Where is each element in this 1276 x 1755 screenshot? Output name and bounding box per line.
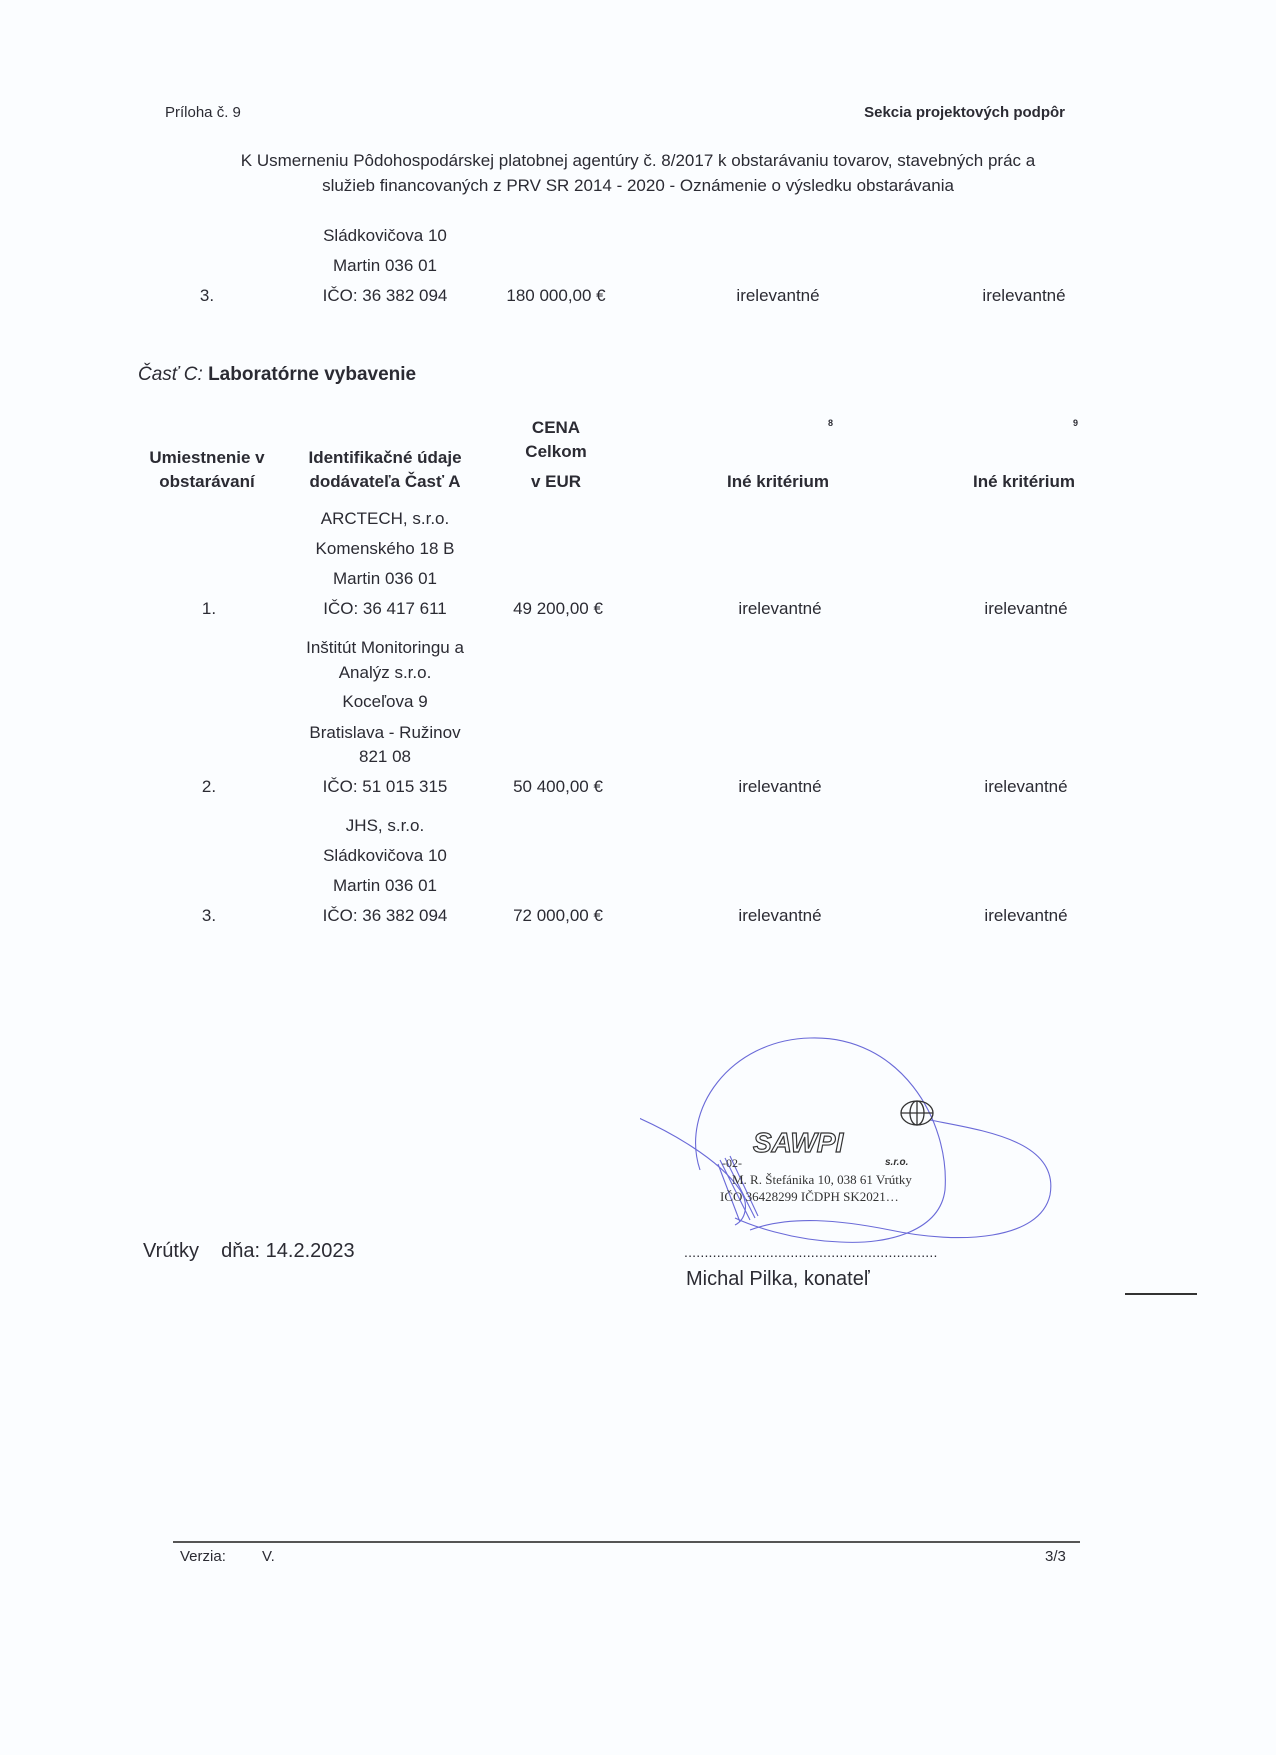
signer-name: Michal Pilka, konateľ <box>686 1268 870 1291</box>
rank: 1. <box>202 599 216 619</box>
stamp-address: M. R. Štefánika 10, 038 61 Vrútky <box>732 1172 912 1187</box>
header-placement: Umiestnenie v obstarávaní <box>149 446 264 494</box>
title-line-2: služieb financovaných z PRV SR 2014 - 20… <box>0 173 1276 198</box>
supplier-line: Analýz s.r.o. <box>339 663 432 683</box>
header-supplier: Identifikačné údaje dodávateľa Časť A <box>308 446 461 494</box>
signature-scribble-icon <box>640 1038 1051 1242</box>
supplier-line: Sládkovičova 10 <box>323 226 447 246</box>
supplier-line: Sládkovičova 10 <box>323 846 447 866</box>
criterion-1: irelevantné <box>736 286 819 306</box>
criterion-2: irelevantné <box>984 777 1067 797</box>
supplier-ico: IČO: 51 015 315 <box>323 777 448 797</box>
supplier-ico: IČO: 36 382 094 <box>323 286 448 306</box>
supplier-ico: IČO: 36 417 611 <box>323 599 447 619</box>
place-and-date: Vrútky dňa: 14.2.2023 <box>143 1240 355 1263</box>
criterion-1: irelevantné <box>738 906 821 926</box>
supplier-line: Bratislava - Ružinov <box>309 723 460 743</box>
supplier-line: Martin 036 01 <box>333 876 437 896</box>
criterion-2: irelevantné <box>984 599 1067 619</box>
footer-divider <box>173 1541 1080 1543</box>
supplier-line: Koceľova 9 <box>342 692 427 712</box>
criterion-2: irelevantné <box>984 906 1067 926</box>
version-label: Verzia: <box>180 1548 226 1565</box>
section-title: Časť C: Laboratórne vybavenie <box>138 364 416 386</box>
criterion-2: irelevantné <box>982 286 1065 306</box>
price: 72 000,00 € <box>513 906 603 926</box>
header-criterion-2: Iné kritérium <box>973 470 1075 494</box>
supplier-ico: IČO: 36 382 094 <box>323 906 448 926</box>
globe-icon <box>901 1101 933 1125</box>
title-line-1: K Usmerneniu Pôdohospodárskej platobnej … <box>0 148 1276 173</box>
price: 180 000,00 € <box>506 286 605 306</box>
supplier-line: Inštitút Monitoringu a <box>306 638 464 658</box>
page-number: 3/3 <box>1045 1548 1066 1565</box>
supplier-line: Komenského 18 B <box>316 539 455 559</box>
stamp-suffix: s.r.o. <box>885 1157 908 1168</box>
section-label: Časť C: <box>138 364 203 385</box>
rank: 2. <box>202 777 216 797</box>
criterion-1: irelevantné <box>738 599 821 619</box>
rank: 3. <box>200 286 214 306</box>
document-title: K Usmerneniu Pôdohospodárskej platobnej … <box>0 148 1276 198</box>
company-stamp: SAWPI s.r.o. -02- M. R. Štefánika 10, 03… <box>640 1030 1080 1255</box>
version-value: V. <box>262 1548 275 1565</box>
supplier-line: 821 08 <box>359 747 411 767</box>
footnote-8: 8 <box>828 418 833 428</box>
stamp-logo: SAWPI <box>753 1127 844 1158</box>
header-price: CENA Celkom v EUR <box>525 416 586 494</box>
supplier-line: Martin 036 01 <box>333 569 437 589</box>
stamp-number: -02- <box>722 1156 742 1170</box>
department-label: Sekcia projektových podpôr <box>864 104 1065 121</box>
price: 50 400,00 € <box>513 777 603 797</box>
annex-label: Príloha č. 9 <box>165 104 241 121</box>
criterion-1: irelevantné <box>738 777 821 797</box>
signature-line: ........................................… <box>684 1244 938 1260</box>
divider <box>1125 1293 1197 1295</box>
supplier-line: JHS, s.r.o. <box>346 816 424 836</box>
footnote-9: 9 <box>1073 418 1078 428</box>
header-criterion-1: Iné kritérium <box>727 470 829 494</box>
price: 49 200,00 € <box>513 599 603 619</box>
supplier-line: ARCTECH, s.r.o. <box>321 509 449 529</box>
supplier-line: Martin 036 01 <box>333 256 437 276</box>
rank: 3. <box>202 906 216 926</box>
section-name: Laboratórne vybavenie <box>208 364 416 385</box>
version-info: Verzia: V. <box>180 1548 275 1565</box>
stamp-ids: IČO 36428299 IČDPH SK2021… <box>720 1189 899 1204</box>
